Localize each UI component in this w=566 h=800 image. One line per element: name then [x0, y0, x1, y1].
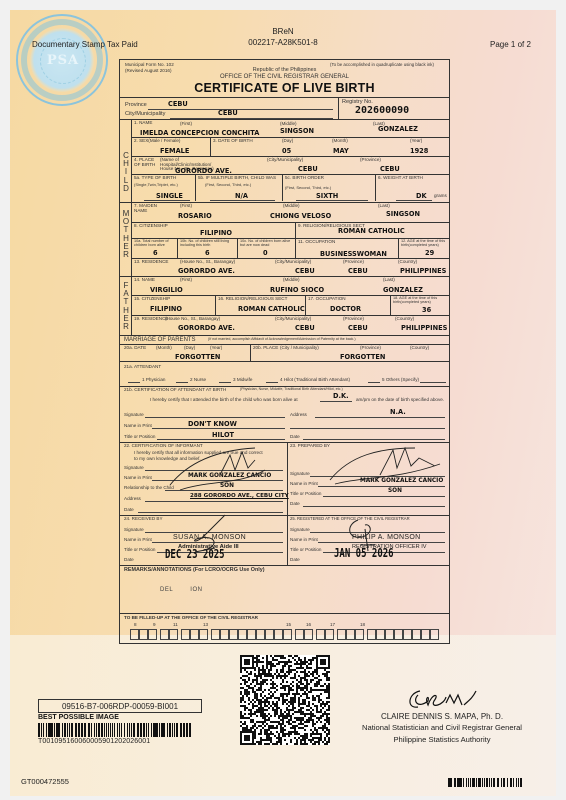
attendant-option-hilot[interactable]: 4 Hilot (Traditional Birth Attendant) — [280, 378, 350, 383]
marriage-place-sub: (City / Municipality) — [280, 346, 319, 351]
type-of-birth-label: 5a. TYPE OF BIRTH — [134, 176, 176, 181]
pob-province-label: (Province) — [360, 158, 381, 163]
mother-res-province: CEBU — [348, 268, 368, 275]
box-number-9: 9 — [153, 623, 156, 628]
marriage-heading: MARRIAGE OF PARENTS — [124, 337, 196, 343]
father-religion: ROMAN CATHOLIC — [238, 306, 305, 313]
child-dob-day: 05 — [282, 148, 291, 155]
form-number: Municipal Form No. 102 — [125, 63, 174, 68]
mother-citizenship-label: 8. CITIZENSHIP — [134, 224, 168, 229]
father-side-label: FATHER — [121, 282, 131, 331]
mother-occupation: BUSINESSWOMAN — [320, 251, 387, 258]
signatory-signature — [400, 683, 480, 713]
mother-residence-label: 13. RESIDENCE — [134, 260, 168, 265]
registrar-code-boxes — [130, 629, 439, 640]
box-number-18: 18 — [360, 623, 365, 628]
serial-barcode — [448, 778, 540, 787]
box-number-16: 16 — [306, 623, 311, 628]
father-citizenship-label: 15. CITIZENSHIP — [134, 297, 170, 302]
year-label: (Year) — [410, 139, 422, 144]
mother-age-label: 12. AGE at the time of this birth(comple… — [401, 240, 449, 248]
weight-unit: grams — [434, 194, 447, 199]
father-occupation: DOCTOR — [330, 306, 361, 313]
attendant-cert-sub: (Physician, Nurse, Midwife, Traditional … — [240, 388, 343, 392]
received-title-label: Title or Position — [124, 548, 156, 553]
registered-signature — [340, 515, 390, 555]
mother-born-alive: 6 — [153, 250, 158, 257]
father-occupation-label: 17. OCCUPATION — [308, 297, 346, 302]
prepared-signature-label: Signature — [290, 472, 310, 477]
marriage-year-label: (Year) — [210, 346, 222, 351]
mother-religion: ROMAN CATHOLIC — [338, 228, 405, 235]
child-birth-order: SIXTH — [316, 193, 338, 200]
child-multiple-birth: N/A — [235, 193, 248, 200]
bren-number: 002217-A28K501-8 — [223, 38, 343, 47]
child-side-label: CHILD — [121, 152, 131, 193]
office-label: OFFICE OF THE CIVIL REGISTRAR GENERAL — [120, 74, 449, 80]
marriage-month-label: (Month) — [156, 346, 172, 351]
birth-certificate-form: Municipal Form No. 102 (Revised August 2… — [119, 59, 450, 644]
mother-middle-label: (Middle) — [283, 204, 300, 209]
marriage-date: FORGOTTEN — [175, 354, 220, 361]
first-label: (First) — [180, 122, 192, 127]
child-weight: DK — [416, 193, 427, 200]
psa-seal-icon: PSA — [16, 14, 108, 106]
father-residence-label: 19. RESIDENCE — [134, 317, 168, 322]
box-number-15: 15 — [286, 623, 291, 628]
province-value: CEBU — [168, 101, 188, 108]
father-province-label: (Province) — [343, 317, 364, 322]
attendant-address-label: Address — [290, 413, 307, 418]
attendant-cert-label: 21b. CERTIFICATION OF ATTENDANT AT BIRTH — [124, 388, 226, 393]
mother-res-city: CEBU — [295, 268, 315, 275]
child-last-name: GONZALEZ — [378, 126, 418, 133]
father-last-label: (Last) — [383, 278, 395, 283]
birth-order-sub: (First, Second, Third, etc.) — [285, 186, 331, 190]
child-sex: FEMALE — [160, 148, 189, 155]
father-age: 36 — [422, 307, 431, 314]
father-first-name: VIRGILIO — [150, 287, 183, 294]
father-last-name: GONZALEZ — [383, 287, 423, 294]
prepared-title-label: Title or Position — [290, 492, 322, 497]
mother-middle-name: CHIONG VELOSO — [270, 213, 331, 220]
mother-age: 29 — [425, 250, 434, 257]
mother-name-label: 7. MAIDEN NAME — [134, 204, 158, 213]
father-middle-name: RUFINO SIOCO — [270, 287, 324, 294]
province-label: Province — [125, 103, 147, 109]
stamp-tax-label: Documentary Stamp Tax Paid — [32, 40, 138, 49]
attendant-label: 21a. ATTENDANT — [124, 365, 161, 370]
dead-label: 10c. No. of children born alive but are … — [240, 240, 294, 248]
mother-dead: 0 — [263, 250, 268, 257]
registered-date-label: Date — [290, 558, 300, 563]
father-res-province: CEBU — [348, 325, 368, 332]
child-dob-year: 1928 — [410, 148, 428, 155]
marriage-day-label: (Day) — [184, 346, 195, 351]
father-country-label: (Country) — [395, 317, 414, 322]
mother-first-label: (First) — [180, 204, 192, 209]
registered-signature-label: Signature — [290, 528, 310, 533]
box-number-17: 17 — [330, 623, 335, 628]
certificate-title: CERTIFICATE OF LIVE BIRTH — [120, 81, 449, 95]
mother-occupation-label: 11. OCCUPATION — [298, 240, 335, 245]
father-residence-sub: (House No., St., Barangay) — [165, 317, 220, 322]
document-barcode — [38, 723, 200, 737]
informant-name-label: Name in Print — [124, 476, 152, 481]
child-dob-month: MAY — [333, 148, 349, 155]
registry-number: 202600090 — [355, 105, 409, 116]
qr-code — [240, 655, 330, 745]
received-name-label: Name in Print — [124, 538, 152, 543]
box-number-13: 13 — [203, 623, 208, 628]
attendant-option-physician[interactable]: 1 Physician — [142, 378, 166, 383]
father-res-country: PHILIPPINES — [401, 325, 447, 332]
child-type-of-birth: SINGLE — [156, 193, 183, 200]
child-middle-name: SINGSON — [280, 128, 314, 135]
page-indicator: Page 1 of 2 — [490, 40, 531, 49]
mother-city-label: (City/Municipality) — [275, 260, 311, 265]
multiple-birth-sub: (First, Second, Third, etc.) — [205, 183, 251, 187]
pob-city-label: (City/Municipality) — [267, 158, 303, 163]
marriage-note: (If not married, accomplish Affidavit of… — [208, 338, 356, 342]
mother-citizenship: FILIPINO — [200, 230, 232, 237]
remarks-text: DEL ION — [160, 587, 202, 593]
attendant-date-label: Date — [290, 435, 300, 440]
attendant-option-others[interactable]: 5 Others (Specify) — [382, 378, 419, 383]
prepared-name-label: Name in Print — [290, 482, 318, 487]
father-religion-label: 16. RELIGION/RELIGIOUS SECT — [218, 297, 287, 302]
weight-label: 6. WEIGHT AT BIRTH — [378, 176, 423, 181]
attendant-signature-label: Signature — [124, 413, 144, 418]
serial-number: GT000472555 — [21, 777, 69, 786]
attendant-cert-text: I hereby certify that I attended the bir… — [150, 398, 298, 403]
father-middle-label: (Middle) — [283, 278, 300, 283]
living-label: 10b. No. of children still living includ… — [180, 240, 236, 248]
mother-res-country: PHILIPPINES — [400, 268, 446, 275]
father-residence: GORORDO AVE. — [178, 325, 235, 332]
mother-province-label: (Province) — [343, 260, 364, 265]
father-first-label: (First) — [180, 278, 192, 283]
mother-last-name: SINGSON — [386, 211, 420, 218]
attendant-title-label: Title or Position — [124, 435, 156, 440]
attendant-option-midwife[interactable]: 3 Midwife — [233, 378, 252, 383]
informant-date-label: Date — [124, 508, 134, 513]
child-pob-province: CEBU — [380, 166, 400, 173]
middle-label: (Middle) — [280, 122, 297, 127]
bren-label: BReN — [233, 27, 333, 36]
birth-order-label: 5c. BIRTH ORDER — [285, 176, 324, 181]
signatory-title: National Statistician and Civil Registra… — [352, 723, 532, 732]
mother-last-label: (Last) — [378, 204, 390, 209]
attendant-title: HILOT — [212, 432, 234, 439]
marriage-country-label: (Country) — [410, 346, 429, 351]
attendant-time: D.K. — [333, 393, 349, 400]
box-number-8: 8 — [134, 623, 137, 628]
father-age-label: 18. AGE at the time of this birth(comple… — [393, 297, 449, 305]
received-date-label: Date — [124, 558, 134, 563]
marriage-province-label: (Province) — [360, 346, 381, 351]
prepared-signature — [325, 440, 445, 490]
type-of-birth-sub: (Single,Twin,Triplet, etc.) — [134, 183, 178, 187]
pob-label: 4. PLACE OF BIRTH — [134, 158, 156, 167]
attendant-name: DON'T KNOW — [188, 421, 237, 428]
mother-side-label: MOTHER — [121, 210, 131, 259]
born-alive-label: 10a. Total number of children born alive — [134, 240, 176, 248]
month-label: (Month) — [332, 139, 348, 144]
marriage-place: FORGOTTEN — [340, 354, 385, 361]
father-name-label: 14. NAME — [134, 278, 155, 283]
form-instruction: (To be accomplished in quadruplicate usi… — [330, 63, 434, 67]
prepared-label: 23. PREPARED BY — [290, 444, 330, 449]
attendant-name-label: Name in Print — [124, 424, 152, 429]
marriage-place-label: 20b. PLACE — [253, 346, 278, 351]
attendant-address: N.A. — [390, 409, 406, 416]
child-first-name: IMELDA CONCEPCION CONCHITA — [140, 130, 259, 137]
received-label: 24. RECEIVED BY — [124, 517, 163, 522]
registrar-boxes-label: TO BE FILLED-UP AT THE OFFICE OF THE CIV… — [124, 616, 258, 621]
informant-address-label: Address — [124, 497, 141, 502]
registered-name-label: Name in Print — [290, 538, 318, 543]
received-signature-label: Signature — [124, 528, 144, 533]
box-number-11: 11 — [173, 623, 178, 628]
received-signature — [175, 510, 235, 560]
city-label: City/Municipality — [125, 112, 165, 118]
control-number-box: 09516-B7-006RDP-00059-BI001 — [38, 699, 202, 713]
informant-signature — [160, 440, 270, 500]
signatory-name: CLAIRE DENNIS S. MAPA, Ph. D. — [352, 712, 532, 721]
mother-residence: GORORDO AVE. — [178, 268, 235, 275]
remarks-label: REMARKS/ANNOTATIONS (For LCRO/OCRG Use O… — [124, 567, 265, 573]
multiple-birth-label: 5b. IF MULTIPLE BIRTH, CHILD WAS — [198, 176, 276, 181]
prepared-date-label: Date — [290, 502, 300, 507]
marriage-date-label: 20a. DATE — [124, 346, 146, 351]
attendant-option-nurse[interactable]: 2 Nurse — [190, 378, 206, 383]
day-label: (Day) — [282, 139, 293, 144]
informant-signature-label: Signature — [124, 466, 144, 471]
best-image-label: BEST POSSIBLE IMAGE — [38, 714, 119, 721]
dob-label: 3. DATE OF BIRTH — [213, 139, 253, 144]
child-pob-city: CEBU — [298, 166, 318, 173]
mother-country-label: (Country) — [398, 260, 417, 265]
mother-living: 6 — [205, 250, 210, 257]
registered-title-label: Title or Position — [290, 548, 322, 553]
attendant-cert-text-b: am/pm on the date of birth specified abo… — [356, 398, 444, 403]
barcode-text: T001095160060005901202026001 — [38, 738, 150, 745]
father-city-label: (City/Municipality) — [275, 317, 311, 322]
father-res-city: CEBU — [295, 325, 315, 332]
father-citizenship: FILIPINO — [150, 306, 182, 313]
sex-label: 2. SEX(Male / Female) — [134, 139, 180, 144]
child-name-label: 1. NAME — [134, 121, 152, 126]
republic-label: Republic of the Philippines — [120, 68, 449, 73]
mother-first-name: ROSARIO — [178, 213, 212, 220]
signatory-agency: Philippine Statistics Authority — [352, 735, 532, 744]
mother-residence-sub: (House No., St., Barangay) — [180, 260, 235, 265]
city-value: CEBU — [218, 110, 238, 117]
